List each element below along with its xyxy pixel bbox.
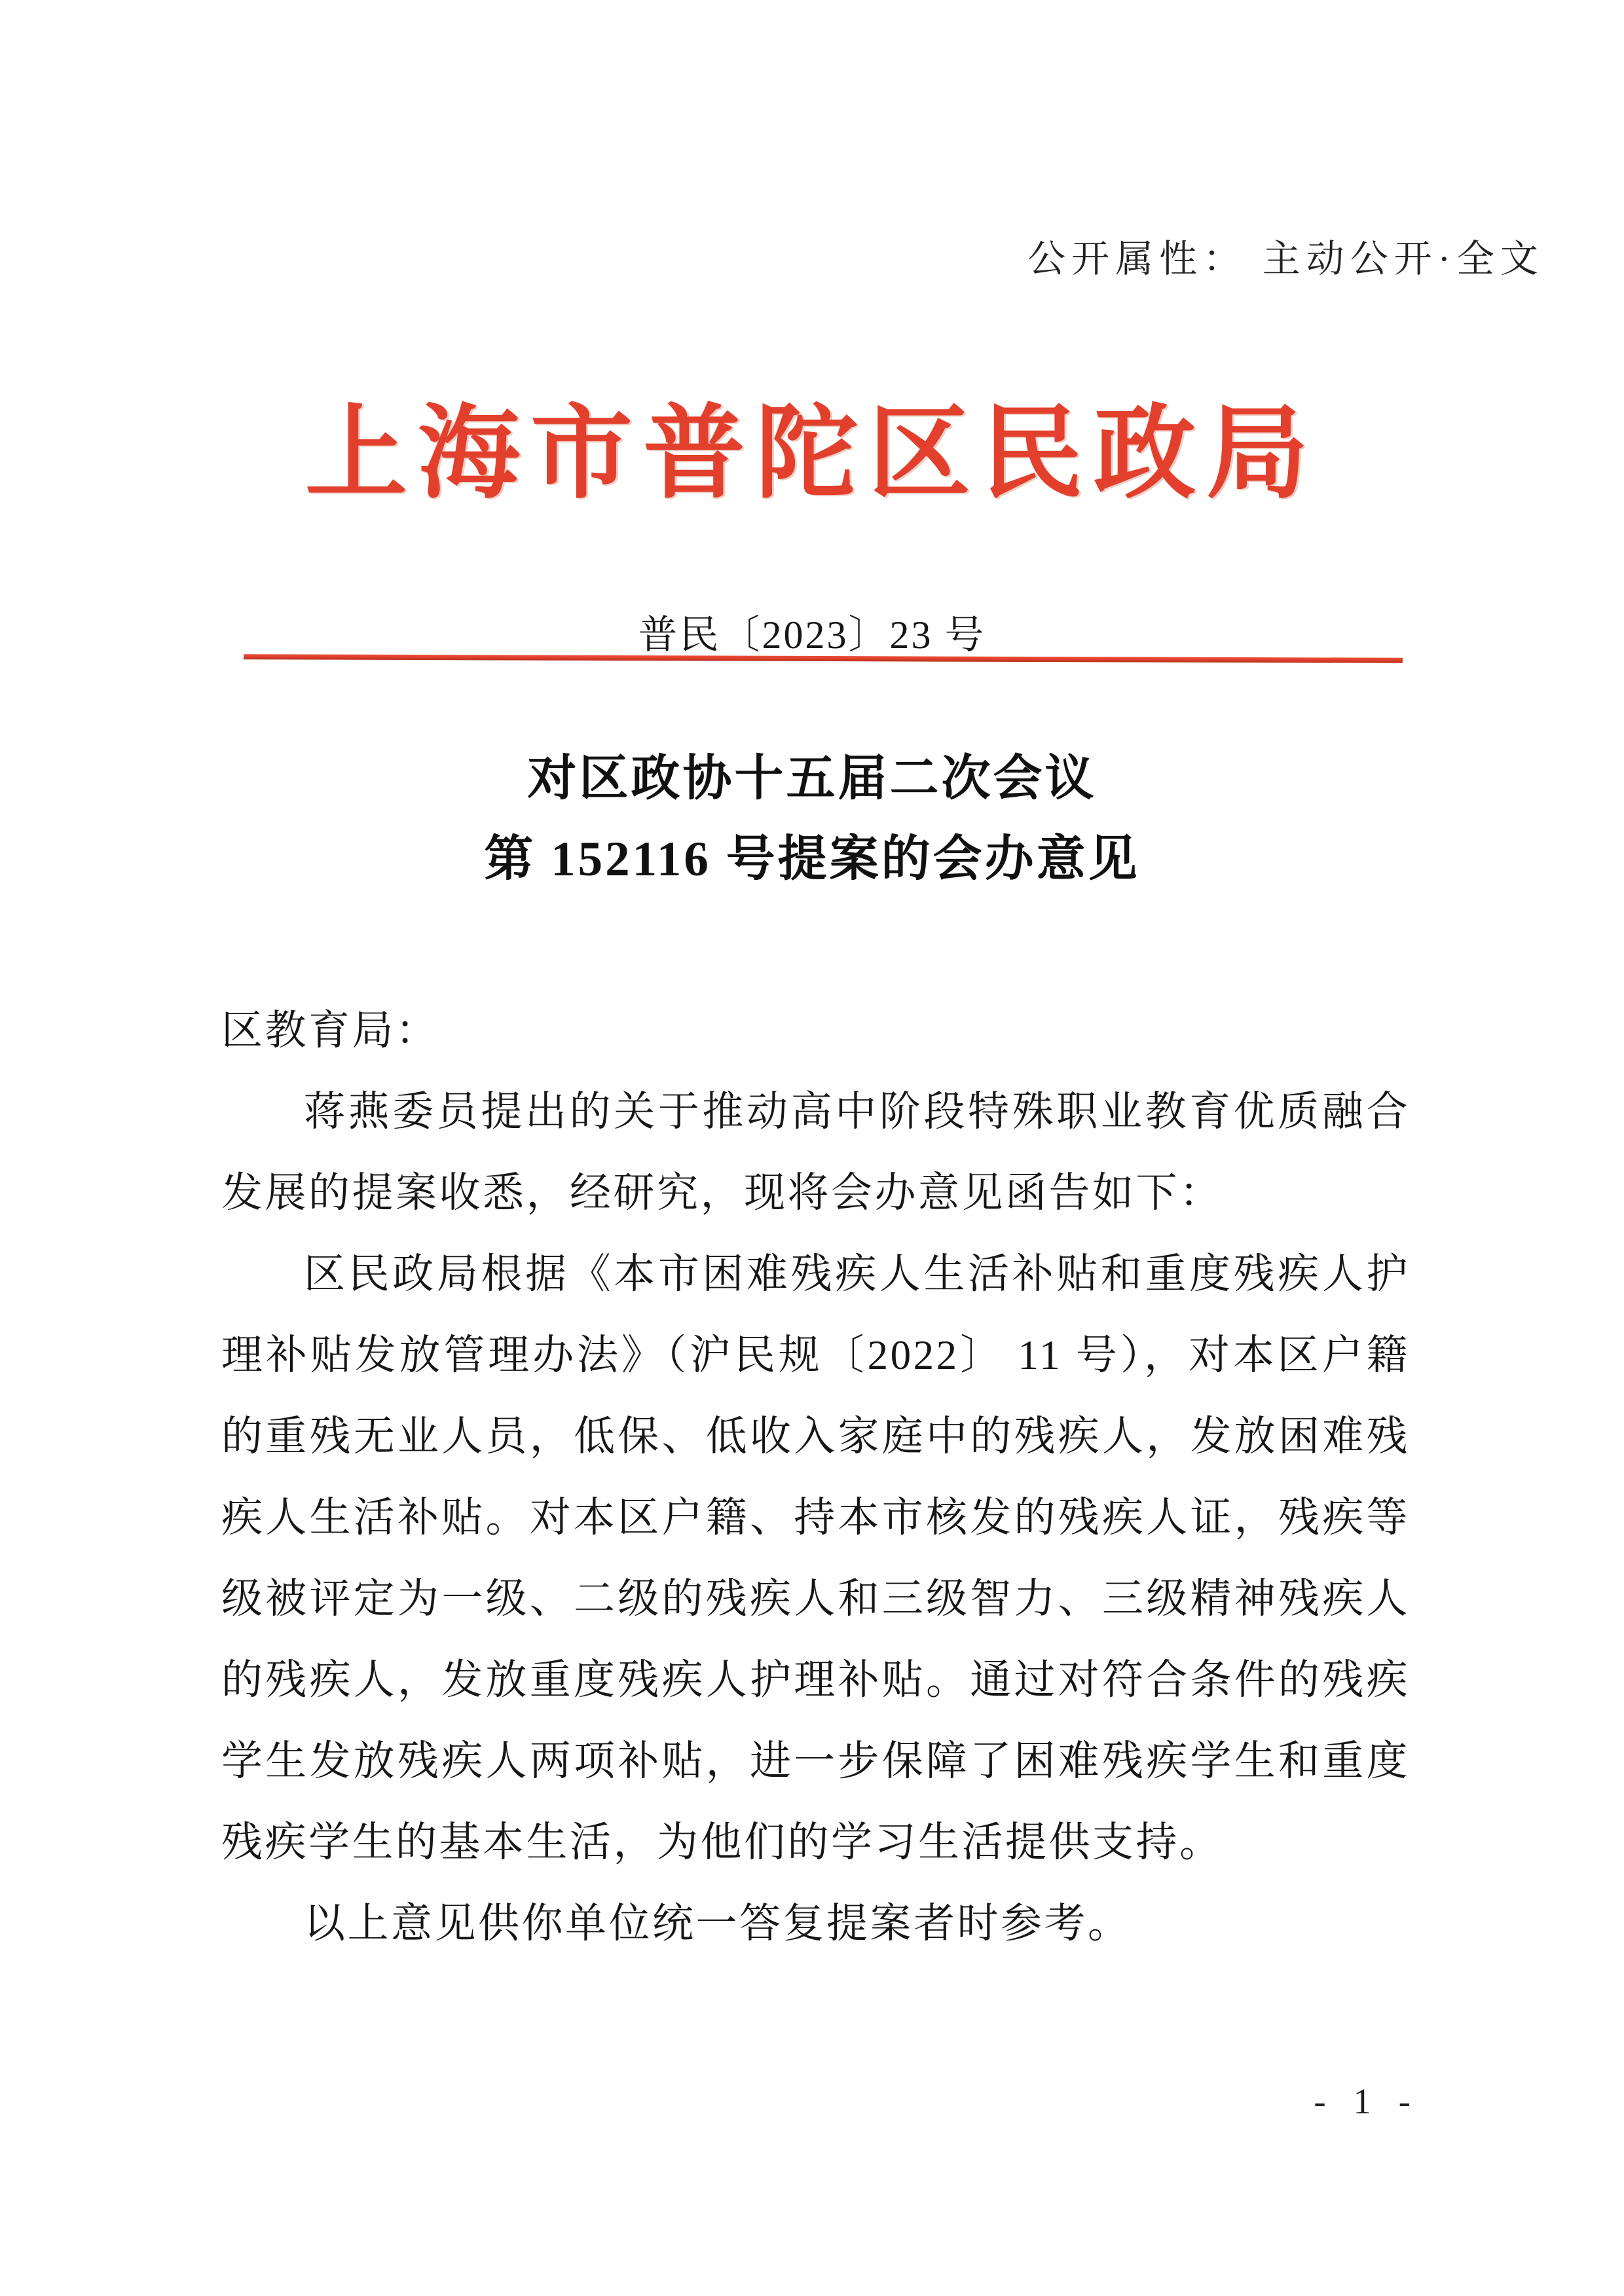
issuing-agency-title: 上海市普陀区民政局: [0, 371, 1624, 518]
body-paragraph: 蒋燕委员提出的关于推动高中阶段特殊职业教育优质融合发展的提案收悉，经研究，现将会…: [221, 1071, 1410, 1233]
body-paragraph: 以上意见供你单位统一答复提案者时参考。: [221, 1883, 1410, 1964]
document-page: 公开属性： 主动公开·全文 上海市普陀区民政局 普民〔2023〕23 号 对区政…: [0, 0, 1624, 2296]
document-number: 普民〔2023〕23 号: [0, 604, 1624, 660]
publicity-attribute: 公开属性： 主动公开·全文: [1027, 228, 1544, 283]
document-title-line-1: 对区政协十五届二次会议: [0, 738, 1624, 819]
page-number: - 1 -: [1314, 2081, 1420, 2122]
document-body: 区教育局： 蒋燕委员提出的关于推动高中阶段特殊职业教育优质融合发展的提案收悉，经…: [221, 990, 1410, 1964]
document-title: 对区政协十五届二次会议 第 152116 号提案的会办意见: [0, 738, 1624, 900]
salutation: 区教育局：: [221, 990, 1410, 1071]
body-paragraph: 区民政局根据《本市困难残疾人生活补贴和重度残疾人护理补贴发放管理办法》（沪民规〔…: [221, 1233, 1410, 1883]
document-title-line-2: 第 152116 号提案的会办意见: [0, 819, 1624, 900]
